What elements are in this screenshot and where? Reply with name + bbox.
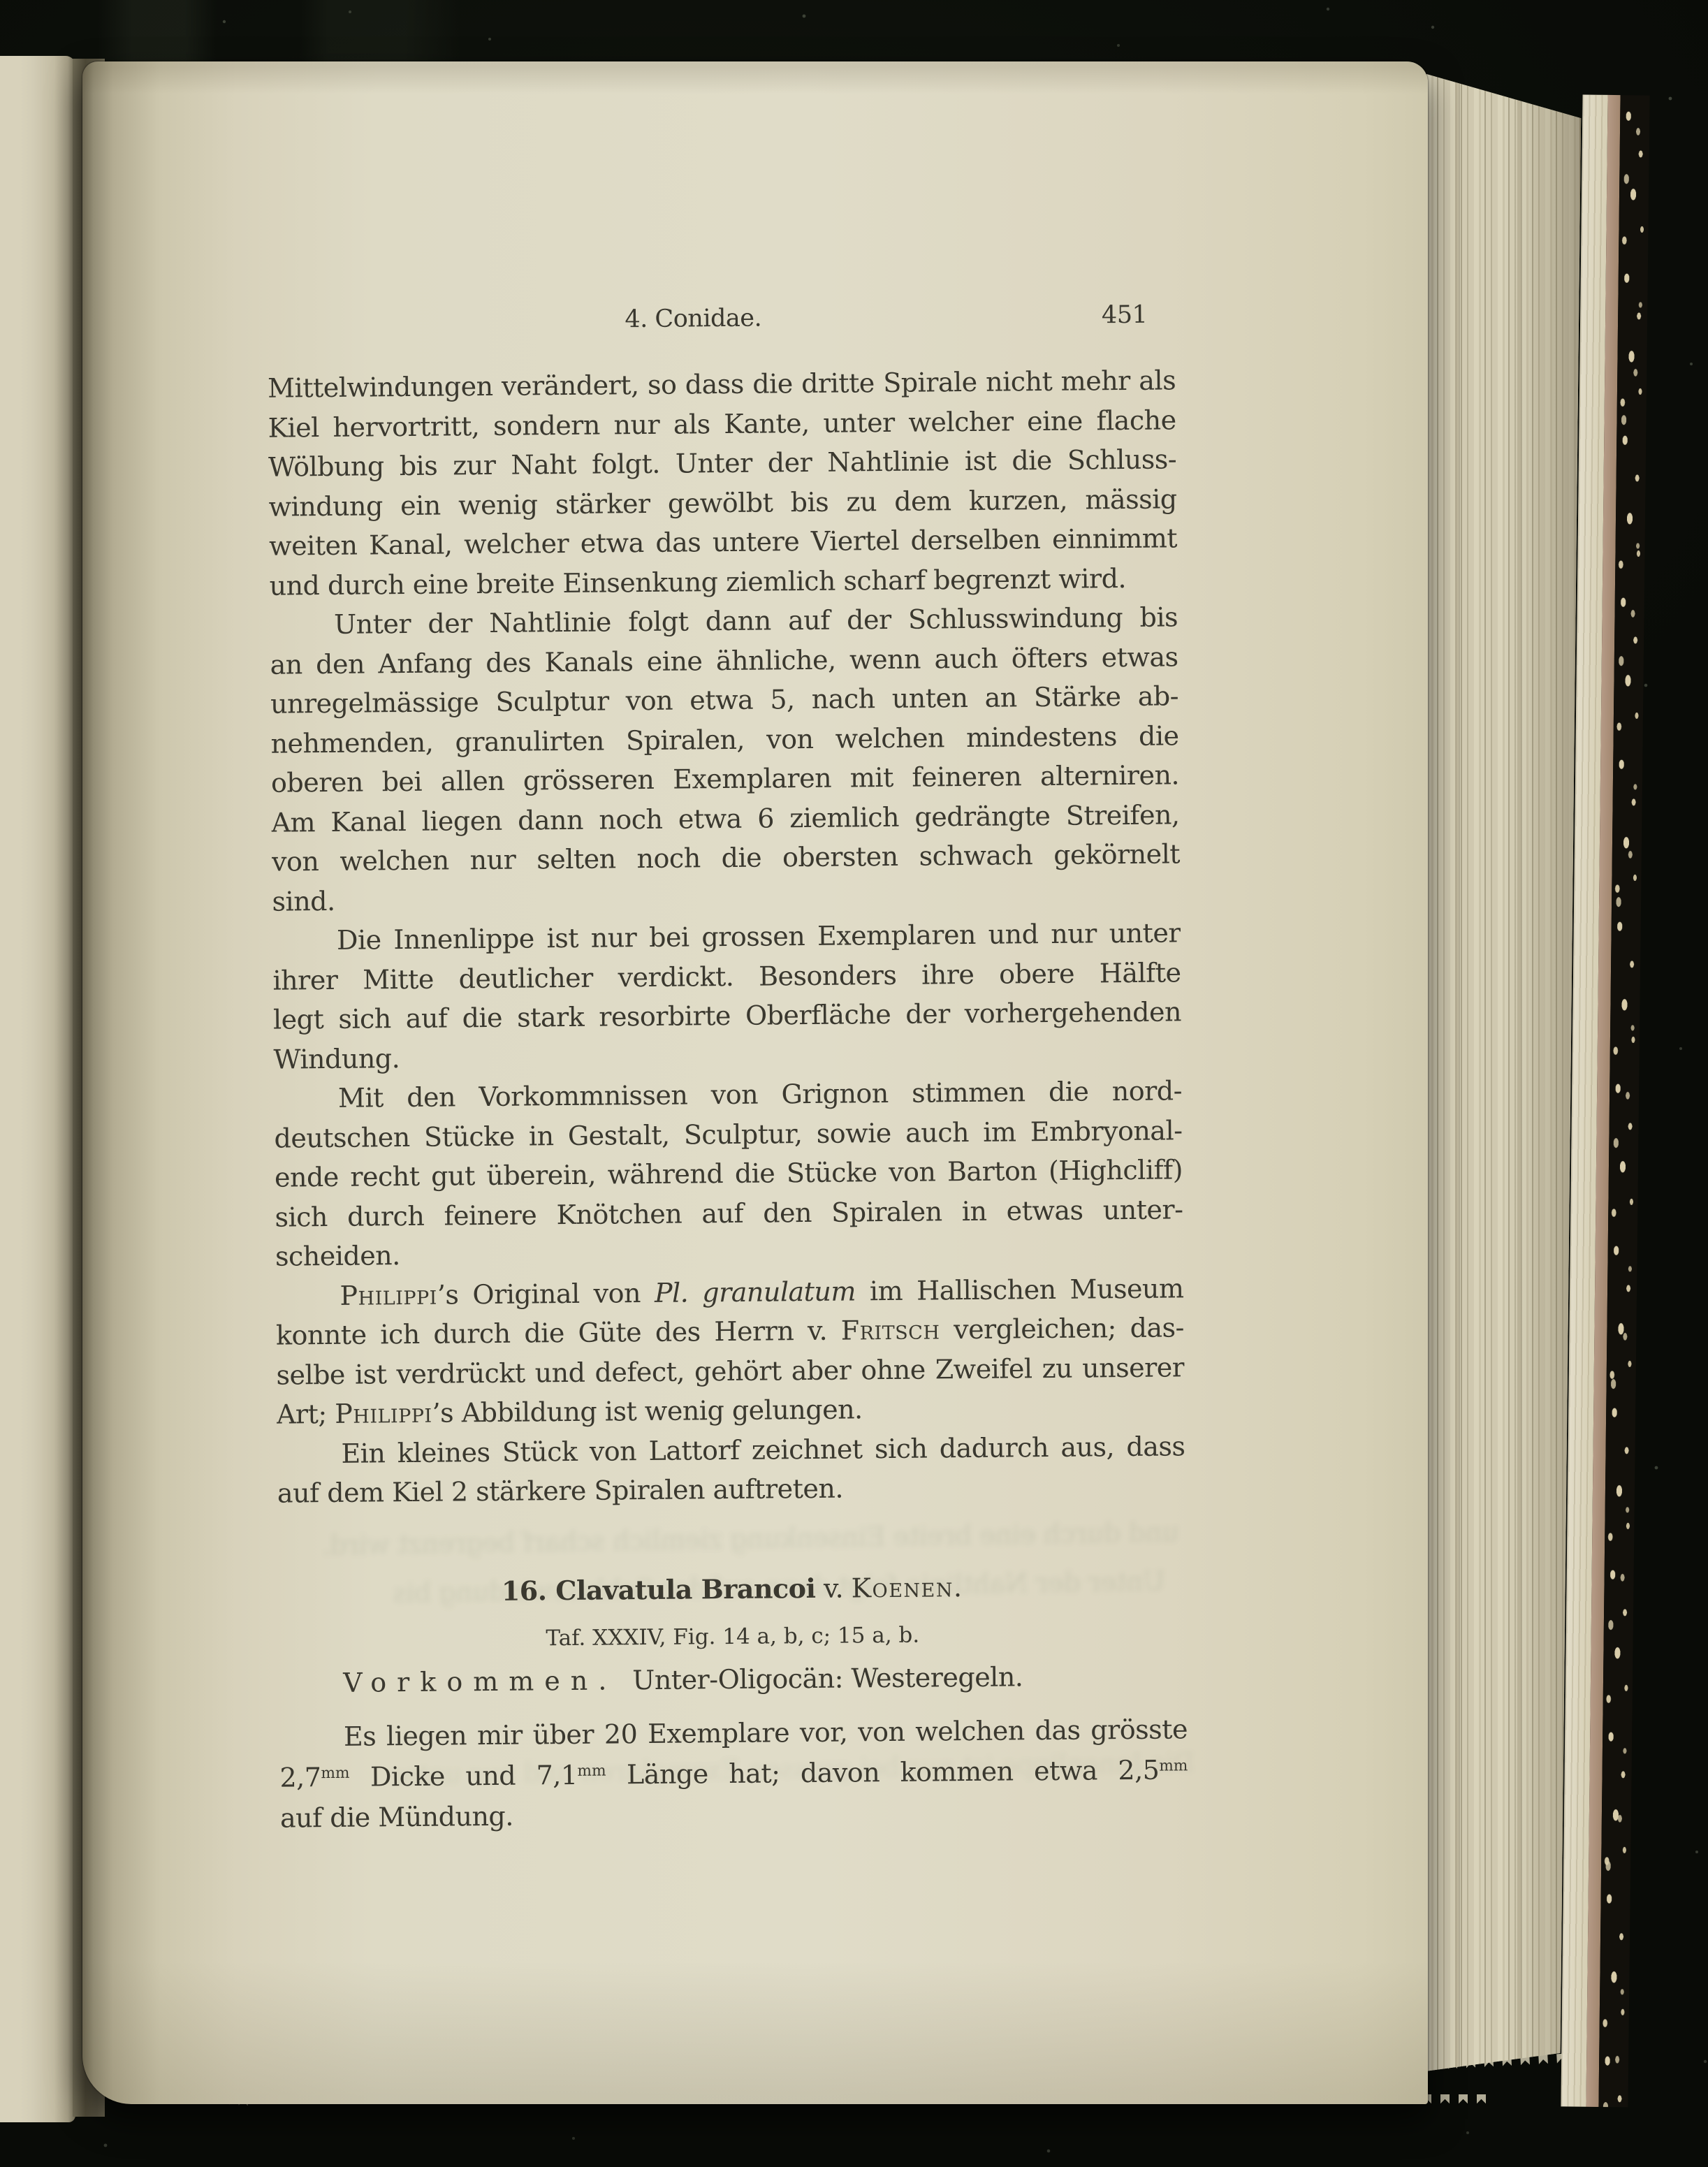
text-line: auf dem Kiel 2 stärkere Spiralen auftret… [277,1466,1185,1513]
species-heading-author: Koenen. [851,1572,963,1603]
segment-sc: Philippi [335,1398,432,1429]
scanned-book-photo: 4. Conidae. 451 Mittelwindungen veränder… [0,0,1708,2167]
page-number: 451 [775,298,1176,335]
text-line: ende recht gut überein, während die Stüc… [275,1150,1183,1197]
paragraph: Es liegen mir über 20 Exemplare vor, von… [279,1709,1188,1838]
text-line: Ein kleines Stück von Lattorf zeichnet s… [277,1427,1185,1474]
text-line: legt sich auf die stark resorbirte Oberf… [273,992,1181,1039]
text-line: Mit den Vorkommnissen von Grignon stimme… [274,1071,1182,1118]
segment-i: Pl. granulatum [655,1276,856,1308]
text-line: Die Innenlippe ist nur bei grossen Exemp… [272,913,1181,961]
text-line: sich durch feinere Knötchen auf den Spir… [275,1190,1183,1237]
text-line: weiten Kanal, welcher etwa das untere Vi… [269,518,1177,566]
segment: ’s Original von [437,1277,655,1310]
species-heading: 16. Clavatula Brancoi v. Koenen. [278,1567,1186,1611]
show-through-line: und durch eine breite Einsenkung ziemlic… [291,1515,1179,1563]
segment: 2,7 [279,1762,321,1793]
occurrence-text: Unter-Oligocän: Westeregeln. [632,1661,1023,1695]
text-line: Wölbung bis zur Naht folgt. Unter der Na… [268,439,1176,487]
segment-sup: mm [321,1765,349,1782]
paragraph: Mit den Vorkommnissen von Grignon stimme… [274,1071,1183,1276]
segment-sup: mm [1159,1757,1188,1774]
header-spacer [267,327,638,330]
running-header: 4. Conidae. 451 [267,298,1175,339]
segment-sc: Philippi [340,1279,437,1311]
closing-paragraph: Es liegen mir über 20 Exemplare vor, von… [279,1709,1188,1838]
text-line: 2,7mm Dicke und 7,1mm Länge hat; davon k… [279,1749,1188,1797]
printed-text-layer: 4. Conidae. 451 Mittelwindungen veränder… [265,57,1191,2133]
segment: im Hallischen Museum [856,1273,1184,1306]
species-heading-name: 16. Clavatula Brancoi [502,1573,816,1607]
segment: konnte ich durch die Güte des Herrn v. [276,1315,841,1351]
species-heading-connector: v. [815,1573,852,1603]
text-line: konnte ich durch die Güte des Herrn v. F… [276,1308,1184,1355]
facing-page-sliver [0,56,75,2122]
text-line: von welchen nur selten noch die obersten… [272,834,1180,882]
text-line: auf die Mündung. [280,1790,1188,1838]
text-line: Unter der Nahtlinie folgt dann auf der S… [270,597,1178,645]
body-text-block: Mittelwindungen verändert, so dass die d… [268,360,1185,1513]
segment: vergleichen; das- [940,1312,1184,1345]
text-line: selbe ist verdrückt und defect, gehört a… [276,1348,1184,1395]
text-line: oberen bei allen grösseren Exemplaren mi… [271,755,1179,803]
paragraph: Mittelwindungen verändert, so dass die d… [268,360,1178,605]
segment: Länge hat; davon kommen etwa 2,5 [606,1755,1159,1790]
dust-specks [0,0,1,1]
running-header-title: 4. Conidae. [625,302,761,337]
text-line: Mittelwindungen verändert, so dass die d… [268,360,1176,408]
segment: Art; [277,1399,335,1430]
plate-caption: Taf. XXXIV, Fig. 14 a, b, c; 15 a, b. [279,1617,1187,1656]
paragraph: Philippi’s Original von Pl. granulatum i… [275,1269,1185,1434]
segment: ’s Abbildung ist wenig gelungen. [432,1394,862,1428]
text-line: unregelmässige Sculptur von etwa 5, nach… [270,676,1178,724]
paragraph: Ein kleines Stück von Lattorf zeichnet s… [277,1427,1185,1513]
paragraph: Unter der Nahtlinie folgt dann auf der S… [270,597,1181,921]
occurrence-line: Vorkommen.Unter-Oligocän: Westeregeln. [279,1657,1187,1701]
paragraph: Die Innenlippe ist nur bei grossen Exemp… [272,913,1182,1079]
book-page: 4. Conidae. 451 Mittelwindungen veränder… [82,61,1428,2104]
fore-edge-grain [1426,74,1586,2083]
segment-sup: mm [577,1763,606,1780]
segment-sc: Fritsch [841,1314,940,1345]
occurrence-label: Vorkommen. [343,1665,617,1698]
segment: Dicke und 7,1 [349,1760,577,1793]
